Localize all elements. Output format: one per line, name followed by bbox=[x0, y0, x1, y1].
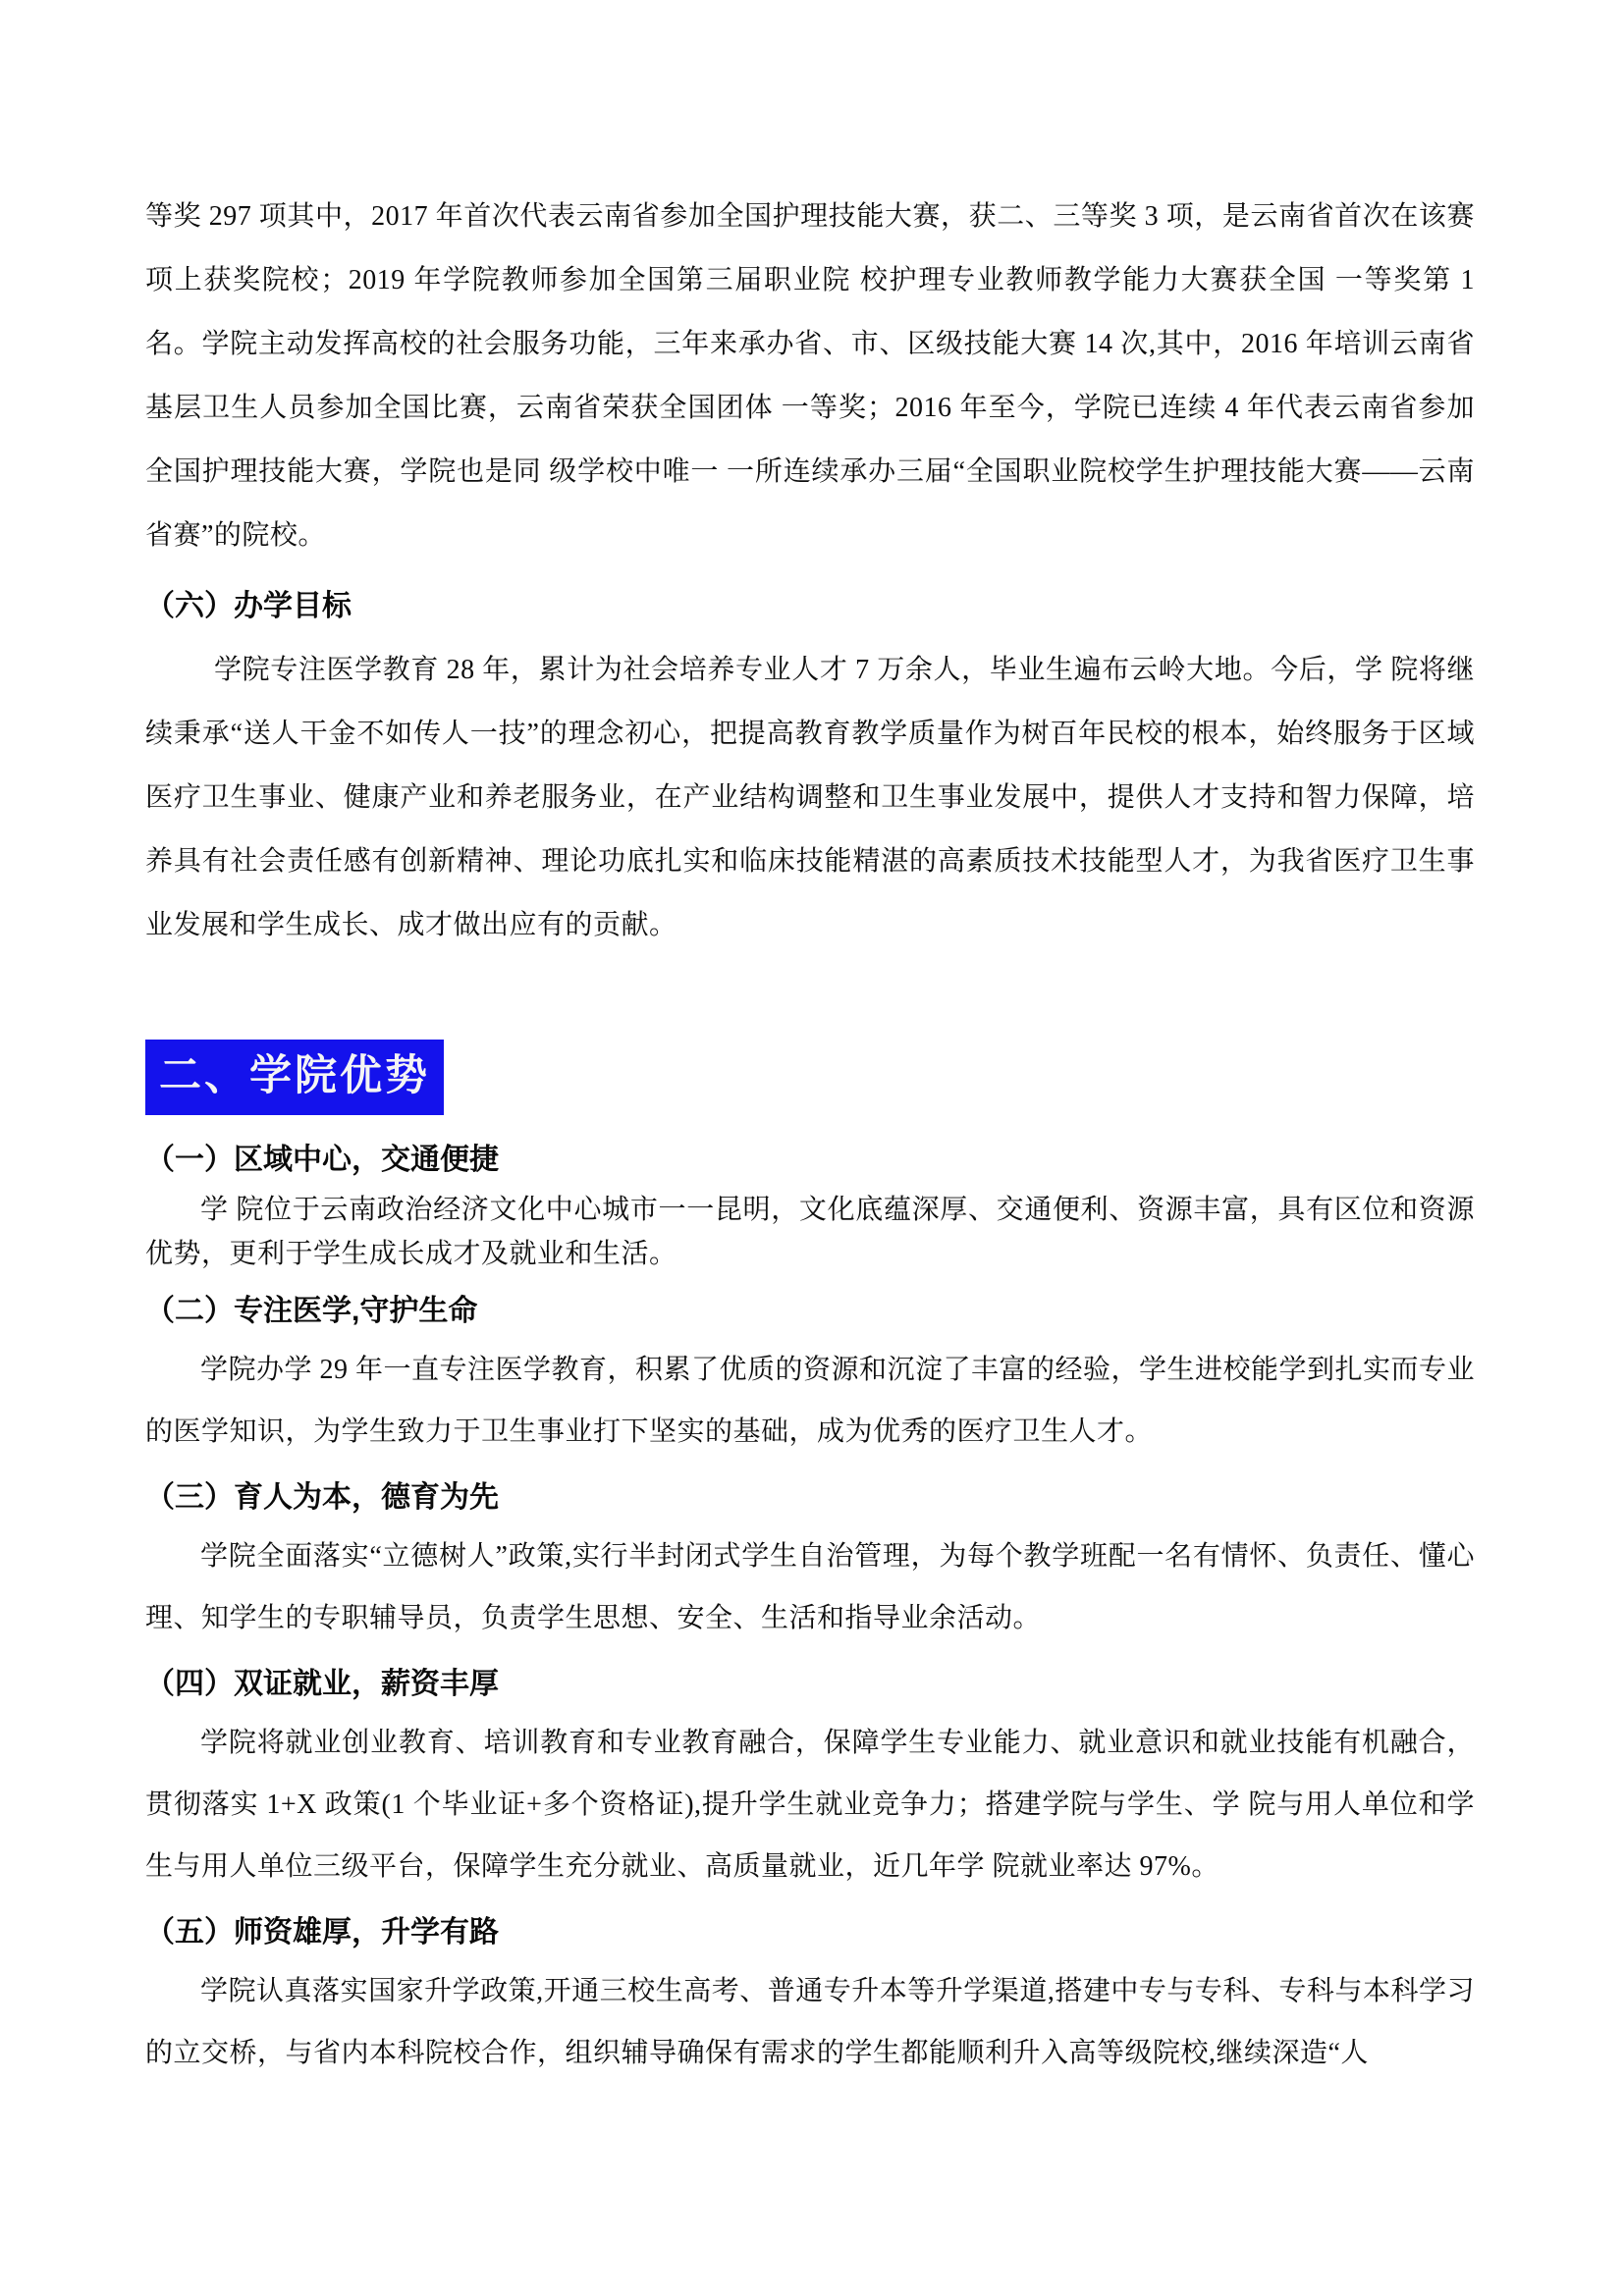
advantage-section-4: （四）双证就业，薪资丰厚 学院将就业创业教育、培训教育和专业教育融合，保障学生专… bbox=[145, 1663, 1475, 1897]
advantage-section-3: （三）育人为本，德育为先 学院全面落实“立德树人”政策,实行半封闭式学生自治管理… bbox=[145, 1476, 1475, 1649]
advantage-5-paragraph: 学院认真落实国家升学政策,开通三校生高考、普通专升本等升学渠道,搭建中专与专科、… bbox=[145, 1960, 1475, 2084]
advantage-1-heading: （一）区域中心，交通便捷 bbox=[145, 1139, 1475, 1182]
advantage-section-5: （五）师资雄厚，升学有路 学院认真落实国家升学政策,开通三校生高考、普通专升本等… bbox=[145, 1911, 1475, 2084]
chapter-two-title: 二、学院优势 bbox=[159, 1053, 430, 1099]
advantage-2-paragraph: 学院办学 29 年一直专注医学教育，积累了优质的资源和沉淀了丰富的经验，学生进校… bbox=[145, 1339, 1475, 1463]
advantage-5-heading: （五）师资雄厚，升学有路 bbox=[145, 1911, 1475, 1954]
section-six-heading: （六）办学目标 bbox=[145, 585, 1475, 628]
advantage-2-heading: （二）专注医学,守护生命 bbox=[145, 1290, 1475, 1333]
document-page: 等奖 297 项其中，2017 年首次代表云南省参加全国护理技能大赛，获二、三等… bbox=[0, 0, 1624, 2296]
advantage-4-heading: （四）双证就业，薪资丰厚 bbox=[145, 1663, 1475, 1706]
section-six-paragraph: 学院专注医学教育 28 年，累计为社会培养专业人才 7 万余人，毕业生遍布云岭大… bbox=[145, 638, 1475, 957]
advantage-section-1: （一）区域中心，交通便捷 学 院位于云南政治经济文化中心城市一一昆明，文化底蕴深… bbox=[145, 1139, 1475, 1276]
advantage-3-heading: （三）育人为本，德育为先 bbox=[145, 1476, 1475, 1520]
intro-continuation-paragraph: 等奖 297 项其中，2017 年首次代表云南省参加全国护理技能大赛，获二、三等… bbox=[145, 185, 1475, 567]
advantage-4-paragraph: 学院将就业创业教育、培训教育和专业教育融合，保障学生专业能力、就业意识和就业技能… bbox=[145, 1712, 1475, 1897]
advantage-3-paragraph: 学院全面落实“立德树人”政策,实行半封闭式学生自治管理，为每个教学班配一名有情怀… bbox=[145, 1525, 1475, 1649]
advantage-section-2: （二）专注医学,守护生命 学院办学 29 年一直专注医学教育，积累了优质的资源和… bbox=[145, 1290, 1475, 1463]
chapter-two-banner: 二、学院优势 bbox=[145, 1040, 444, 1115]
advantage-1-paragraph: 学 院位于云南政治经济文化中心城市一一昆明，文化底蕴深厚、交通便利、资源丰富，具… bbox=[145, 1188, 1475, 1276]
